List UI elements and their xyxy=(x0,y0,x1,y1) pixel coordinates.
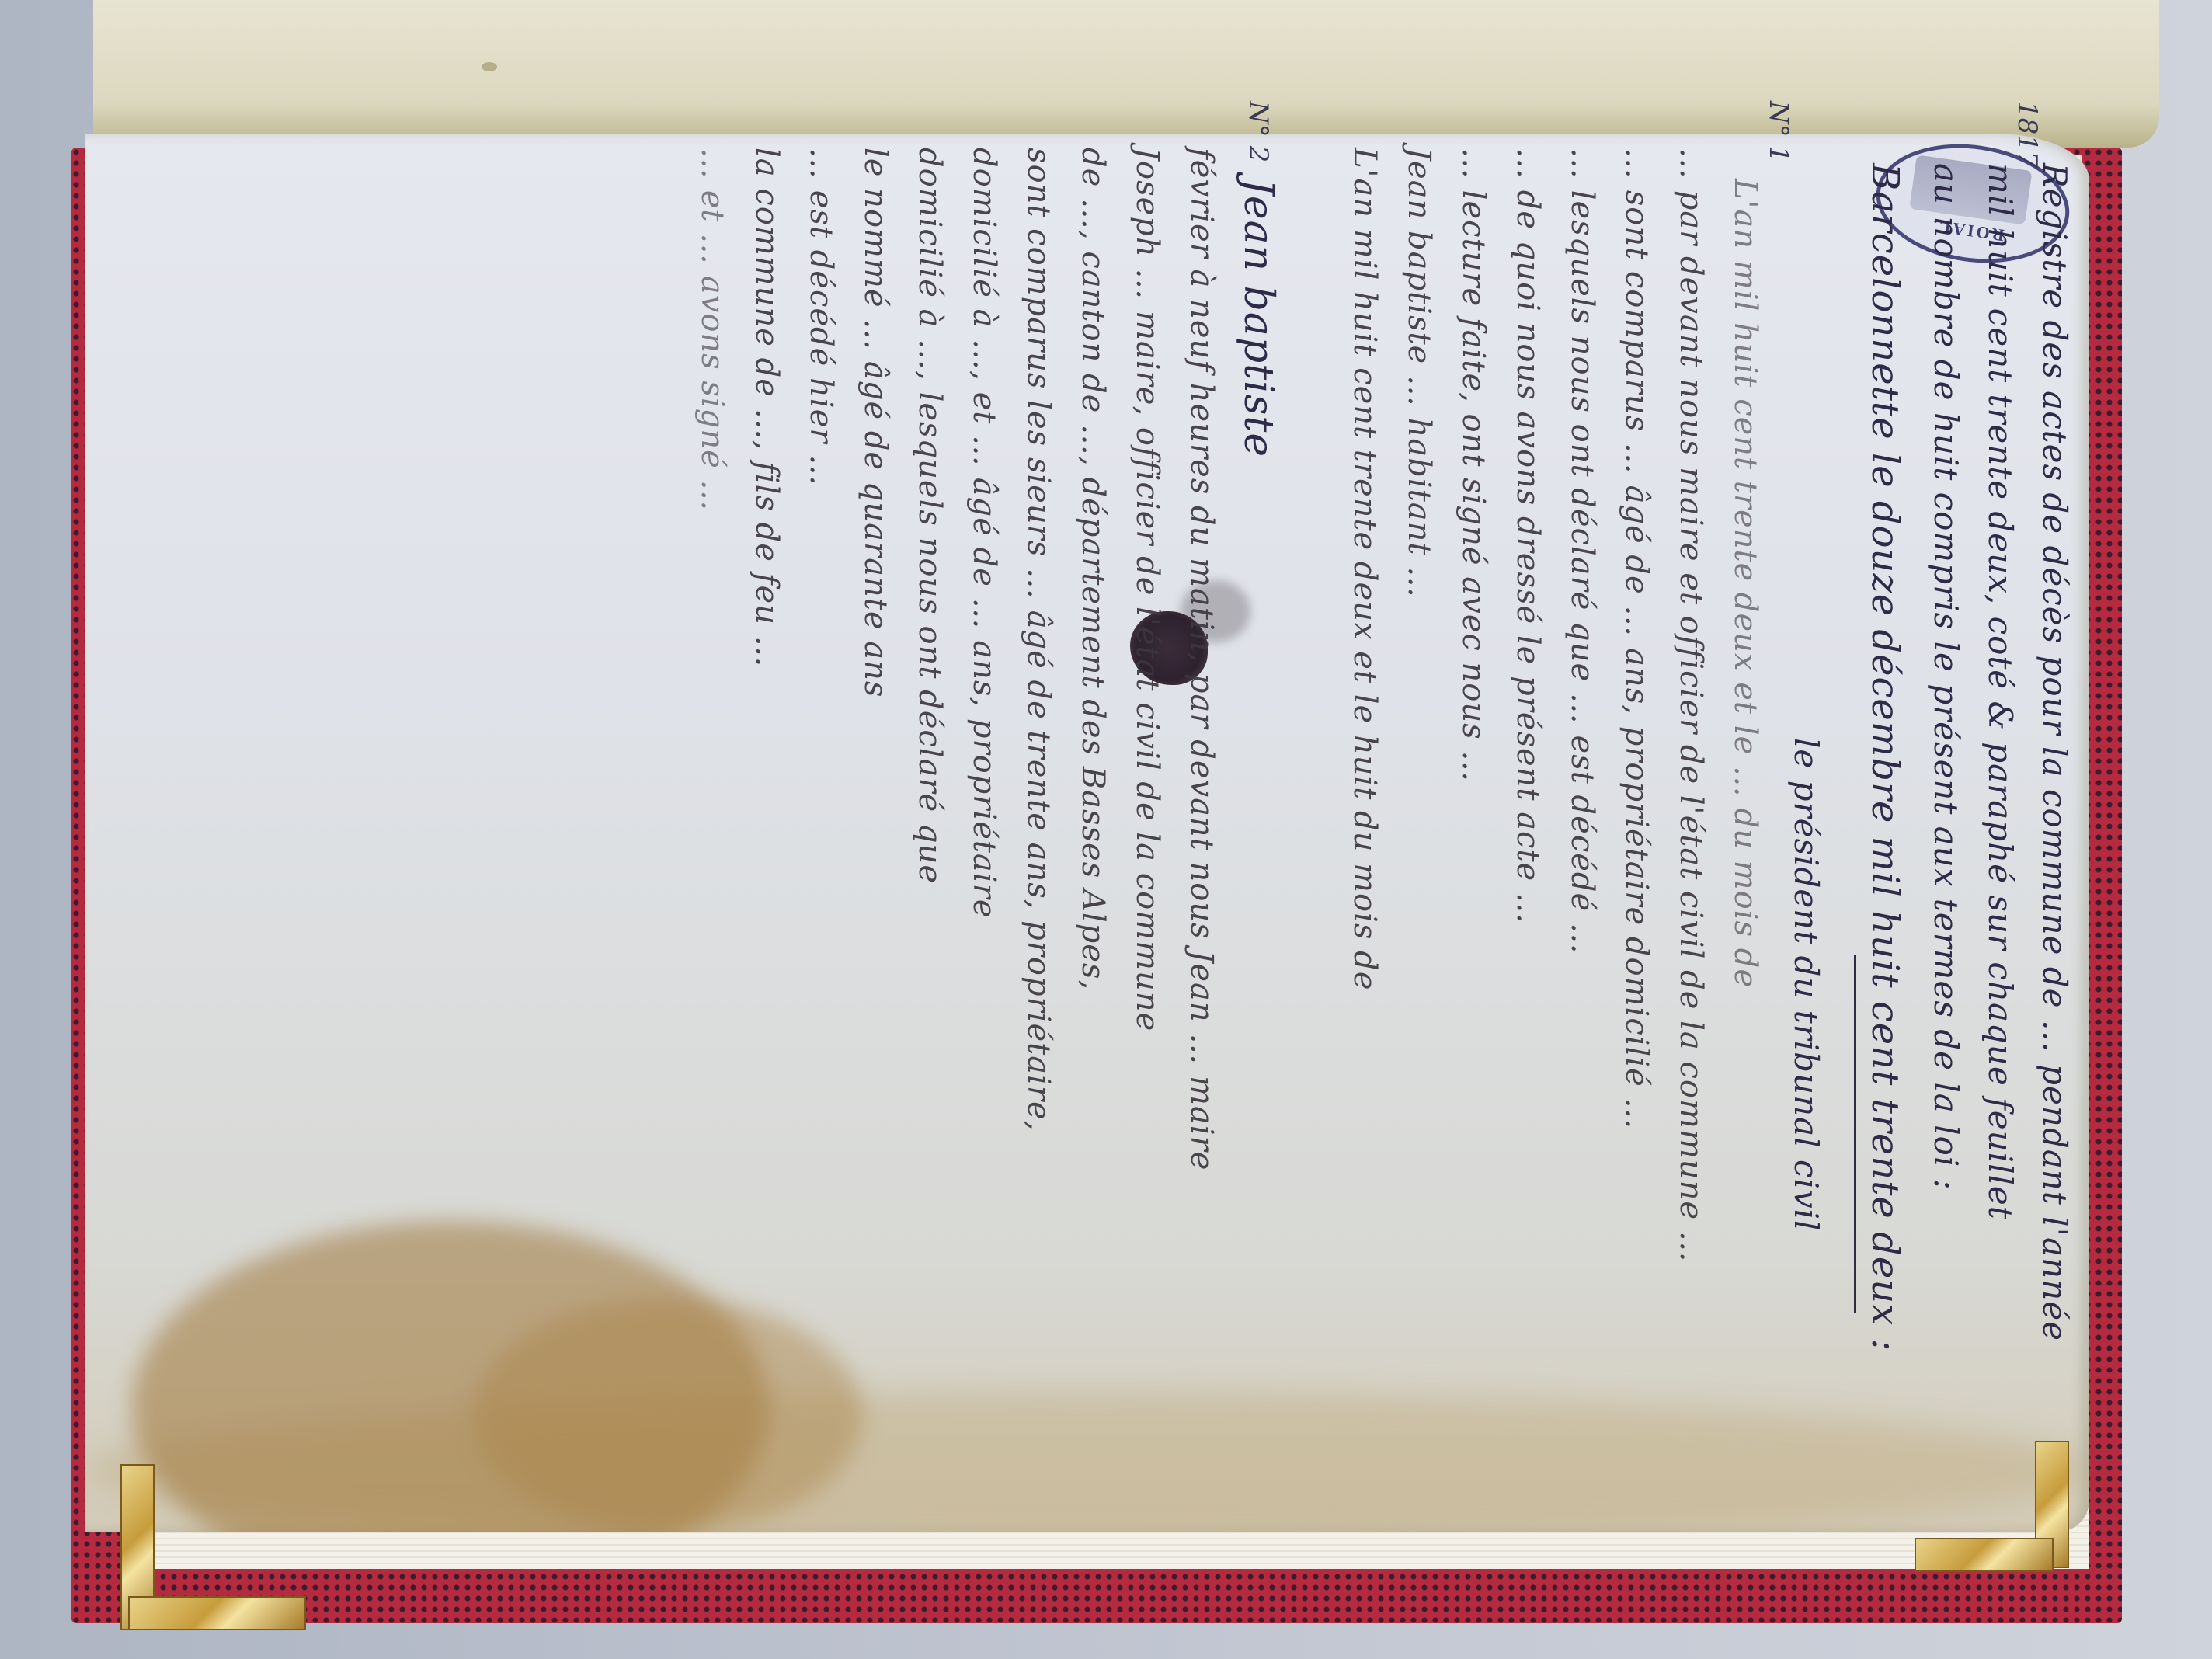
body-line: L'an mil huit cent trente deux et le … d… xyxy=(1727,179,1763,988)
body-line: … et … avons signé … xyxy=(694,148,730,512)
body-line: le nommé … âgé de quarante ans xyxy=(857,148,893,697)
signature-line: le président du tribunal civil xyxy=(1787,738,1825,1232)
body-line: … lecture faite, ont signé avec nous … xyxy=(1456,148,1491,782)
body-line: la commune de …, fils de feu … xyxy=(749,148,784,668)
body-line: … lesquels nous ont déclaré que … est dé… xyxy=(1564,148,1600,955)
body-line: … sont comparus … âgé de … ans, propriét… xyxy=(1619,148,1654,1130)
body-line: sont comparus les sieurs … âgé de trente… xyxy=(1021,148,1056,1131)
body-line: Joseph … maire, officier de l'état civil… xyxy=(1129,148,1165,1031)
foxing-spot xyxy=(482,62,497,71)
brass-corner-protector xyxy=(128,1596,306,1630)
header-line: Registre des actes de décès pour la comm… xyxy=(2036,163,2074,1341)
name-heading: Jean baptiste xyxy=(1235,179,1282,457)
body-line: Jean baptiste … habitant … xyxy=(1401,148,1437,598)
underline xyxy=(1854,955,1856,1313)
body-line: L'an mil huit cent trente deux et le hui… xyxy=(1347,148,1382,990)
body-line: … est décédé hier … xyxy=(803,148,839,486)
header-line: au nombre de huit compris le présent aux… xyxy=(1927,163,1965,1191)
header-line: Barcelonnette le douze décembre mil huit… xyxy=(1863,163,1907,1352)
body-line: … par devant nous maire et officier de l… xyxy=(1673,148,1709,1263)
body-line: domicilié à …, et … âgé de … ans, propri… xyxy=(966,148,1002,918)
margin-note: N° 1 xyxy=(1763,101,1794,162)
margin-note: N° 2 xyxy=(1243,101,1274,162)
body-line: février à neuf heures du matin, par deva… xyxy=(1184,148,1219,1170)
facing-page xyxy=(93,0,2159,148)
margin-note: 1817 xyxy=(2012,101,2043,169)
header-line: mil huit cent trente deux, coté & paraph… xyxy=(1981,163,2019,1220)
body-line: de …, canton de …, département des Basse… xyxy=(1075,148,1111,990)
handwritten-text: Registre des actes de décès pour la comm… xyxy=(39,132,2089,1499)
brass-corner-protector xyxy=(1915,1538,2054,1572)
body-line: domicilié à …, lesquels nous ont déclaré… xyxy=(912,148,948,884)
body-line: … de quoi nous avons dressé le présent a… xyxy=(1510,148,1546,924)
